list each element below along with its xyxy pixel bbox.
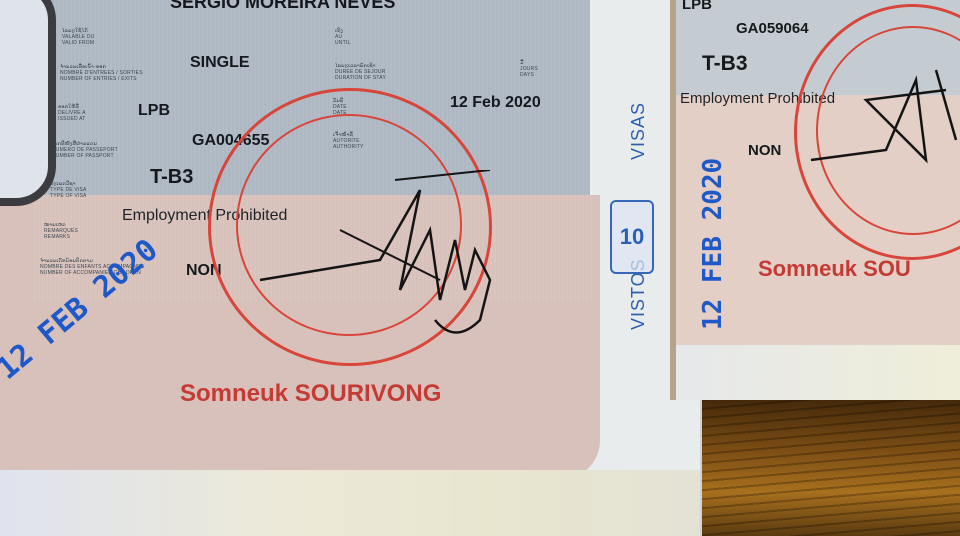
field-label-passport-number: ເລກທີໜັງສືຜ່ານແດນ NUMERO DE PASSEPORT NU… xyxy=(52,141,118,159)
children-value: NON xyxy=(748,142,781,159)
visas-page-header: VISTOS 10 VISAS xyxy=(600,60,660,350)
issued-at-value: LPB xyxy=(682,0,712,13)
page-security-pattern xyxy=(0,470,700,536)
field-label-until: ເຖິງ AU UNTIL xyxy=(335,28,350,46)
field-label-duration: ໄລຍະເວລາພັກເຊົາ DUREE DE SEJOUR DURATION… xyxy=(335,63,386,81)
entry-date-stamp: 12 FEB 2020 xyxy=(698,158,728,330)
officer-signature xyxy=(240,170,510,340)
issue-date-value: 12 Feb 2020 xyxy=(450,94,541,112)
visas-label: VISAS xyxy=(628,102,649,160)
officer-signature xyxy=(806,60,960,170)
issued-at-value: LPB xyxy=(138,102,170,120)
passport-number-value: GA059064 xyxy=(736,20,809,37)
field-label-valid-from: ໄລຍະໃຊ້ໄດ້ VALABLE DU VALID FROM xyxy=(62,28,94,46)
holder-photo-edge xyxy=(0,0,56,206)
page-security-pattern xyxy=(676,345,960,400)
field-label-issued-at: ອອກໃຫ້ທີ່ DELIVRE A ISSUED AT xyxy=(58,104,86,122)
page-number-emblem: 10 xyxy=(610,200,654,274)
visa-type-value: T-B3 xyxy=(702,52,748,76)
field-label-remarks: ໝາຍເຫດ REMARQUES REMARKS xyxy=(44,222,78,240)
officer-name-partial: Somneuk SOU xyxy=(758,256,911,282)
holder-name: SERGIO MOREIRA NEVES xyxy=(170,0,395,13)
field-label-visa-type: ປະເພດວີຊາ TYPE DE VISA TYPE OF VISA xyxy=(50,181,87,199)
passport-page-left: SERGIO MOREIRA NEVES ໄລຍະໃຊ້ໄດ້ VALABLE … xyxy=(0,0,702,536)
entries-value: SINGLE xyxy=(190,54,250,72)
officer-name: Somneuk SOURIVONG xyxy=(180,380,441,408)
field-label-days: ມື້ JOURS DAYS xyxy=(520,60,538,78)
visa-type-value: T-B3 xyxy=(150,166,193,189)
field-label-entries: ຈຳນວນເທື່ອເຂົ້າ-ອອກ NOMBRE D'ENTREES / S… xyxy=(60,64,143,82)
wooden-table xyxy=(700,390,960,536)
passport-page-right: LPB GA059064 T-B3 Employment Prohibited … xyxy=(670,0,960,400)
